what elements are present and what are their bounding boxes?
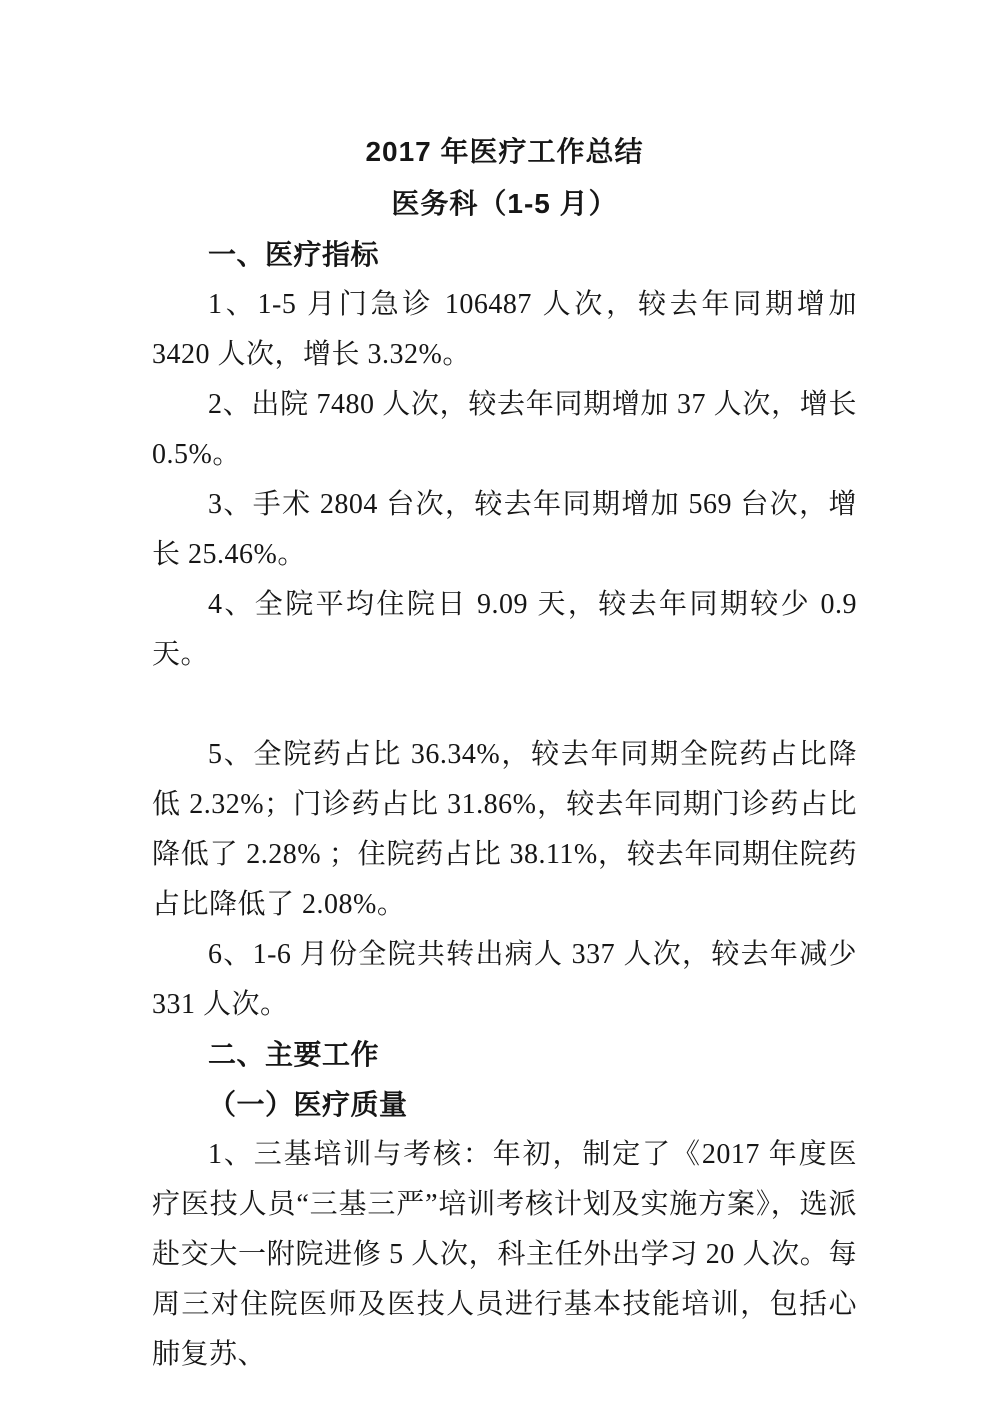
section-heading-medical-indicators: 一、医疗指标 <box>152 230 857 280</box>
paragraph-transferred-patients: 6、1-6 月份全院共转出病人 337 人次，较去年减少 331 人次。 <box>152 930 857 1030</box>
section-heading-main-work: 二、主要工作 <box>152 1030 857 1080</box>
document-title: 2017 年医疗工作总结 <box>152 126 857 178</box>
document-subtitle: 医务科（1-5 月） <box>152 178 857 230</box>
section-heading-medical-quality: （一）医疗质量 <box>152 1080 857 1130</box>
paragraph-discharges: 2、出院 7480 人次，较去年同期增加 37 人次，增长 0.5%。 <box>152 380 857 480</box>
paragraph-surgeries: 3、手术 2804 台次，较去年同期增加 569 台次，增长 25.46%。 <box>152 480 857 580</box>
document-page: 2017 年医疗工作总结 医务科（1-5 月） 一、医疗指标 1、1-5 月门急… <box>0 0 993 1404</box>
paragraph-average-stay: 4、全院平均住院日 9.09 天，较去年同期较少 0.9 天。 <box>152 580 857 680</box>
paragraph-drug-ratio: 5、全院药占比 36.34%，较去年同期全院药占比降低 2.32%；门诊药占比 … <box>152 730 857 930</box>
paragraph-training-assessment: 1、三基培训与考核：年初，制定了《2017 年度医疗医技人员“三基三严”培训考核… <box>152 1130 857 1380</box>
paragraph-outpatient-visits: 1、1-5 月门急诊 106487 人次，较去年同期增加 3420 人次，增长 … <box>152 280 857 380</box>
